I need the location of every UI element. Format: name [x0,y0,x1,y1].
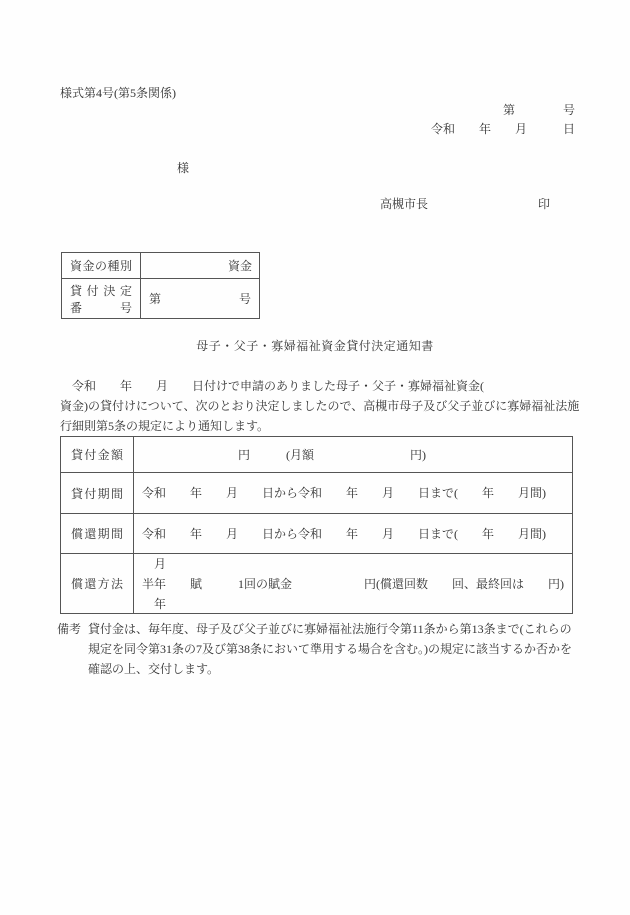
loan-period-label-cell: 貸付期間 [61,473,133,513]
repayment-method-line: 半年 賦 1回の賦金 円(償還回数 回、最終回は 円) [142,574,564,594]
loan-amount-value: 円 (月額 円) [142,445,564,465]
remarks-note: 備考 貸付金は、毎年度、母子及び父子並びに寡婦福祉法施行令第11条から第13条ま… [57,619,592,679]
repayment-period-value: 令和 年 月 日から令和 年 月 日まで( 年 月間) [142,524,564,544]
seal-placeholder: 印 [538,195,550,212]
addressee-honorific: 様 [177,159,189,176]
fund-info-table: 資金の種別 資金 貸付決定 番号 第 号 [61,252,260,319]
repayment-period-value-cell: 令和 年 月 日から令和 年 月 日まで( 年 月間) [134,514,572,553]
repayment-method-line: 月 [142,554,564,574]
issuer-name: 高槻市長 [380,195,428,212]
decision-number-prefix: 第 [149,290,161,307]
body-line: 令和 年 月 日付けで申請のありました母子・父子・寡婦福祉資金( [60,376,580,396]
decision-number-label-cell: 貸付決定 番号 [62,279,140,318]
repayment-method-value-cell: 月 半年 賦 1回の賦金 円(償還回数 回、最終回は 円) 年 [134,554,572,613]
loan-amount-value-cell: 円 (月額 円) [134,437,572,472]
remarks-label: 備考 [57,619,81,639]
form-number: 様式第4号(第5条関係) [60,84,176,101]
document-number-line: 第 号 [503,101,575,118]
body-paragraph: 令和 年 月 日付けで申請のありました母子・父子・寡婦福祉資金( 資金)の貸付け… [60,376,580,436]
repayment-method-label: 償還方法 [71,575,123,592]
body-line: 資金)の貸付けについて、次のとおり決定しましたので、高槻市母子及び父子並びに寡婦… [60,396,580,416]
fund-type-label-cell: 資金の種別 [62,253,140,278]
remarks-line: 貸付金は、毎年度、母子及び父子並びに寡婦福祉法施行令第11条から第13条まで(こ… [88,619,572,639]
loan-period-value-cell: 令和 年 月 日から令和 年 月 日まで( 年 月間) [134,473,572,513]
decision-number-label-line2: 番号 [70,299,132,316]
document-title: 母子・父子・寡婦福祉資金貸付決定通知書 [0,337,630,354]
fund-type-label: 資金の種別 [70,257,132,274]
remarks-line: 確認の上、交付します。 [57,659,592,679]
remarks-line: 規定を同令第31条の7及び第38条において準用する場合を含む。)の規定に該当する… [57,639,592,659]
repayment-method-line: 年 [142,594,564,614]
decision-number-label-line1: 貸付決定 [70,282,132,299]
document-page: 様式第4号(第5条関係) 第 号 令和 年 月 日 様 高槻市長 印 資金の種別… [0,0,630,915]
decision-number-suffix: 号 [239,290,251,307]
loan-amount-label: 貸付金額 [71,446,123,463]
loan-period-value: 令和 年 月 日から令和 年 月 日まで( 年 月間) [142,483,564,503]
fund-type-value-cell: 資金 [141,253,259,278]
loan-amount-label-cell: 貸付金額 [61,437,133,472]
decision-number-value-cell: 第 号 [141,279,259,318]
repayment-period-label-cell: 償還期間 [61,514,133,553]
issue-date-line: 令和 年 月 日 [431,120,575,137]
repayment-method-label-cell: 償還方法 [61,554,133,613]
repayment-period-label: 償還期間 [71,525,123,542]
loan-decision-table: 貸付金額 円 (月額 円) 貸付期間 令和 年 月 日から令和 年 月 日まで(… [60,436,573,614]
body-line: 行細則第5条の規定により通知します。 [60,416,580,436]
loan-period-label: 貸付期間 [71,485,123,502]
fund-type-value: 資金 [228,257,252,274]
